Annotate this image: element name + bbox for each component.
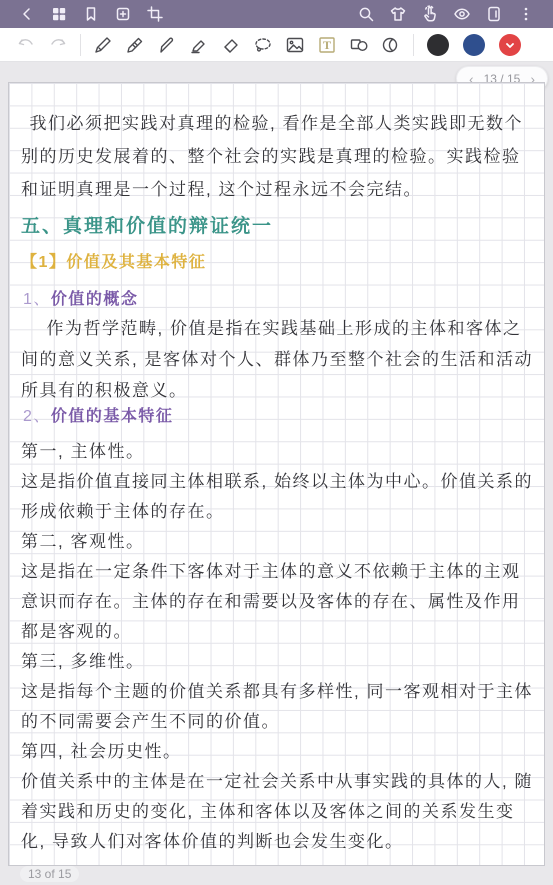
drawing-toolbar: T <box>0 28 553 62</box>
tap-hand-icon <box>421 5 439 23</box>
feature-body: 这是指价值直接同主体相联系, 始终以主体为中心。价值关系的形成依赖于主体的存在。 <box>21 467 538 527</box>
feature-heading: 第三, 多维性。 <box>21 647 538 677</box>
text-tool[interactable]: T <box>311 31 343 59</box>
redo-icon <box>47 34 69 56</box>
subsection-heading: 1、价值的概念 <box>23 286 138 309</box>
topbar-left-group <box>12 2 170 26</box>
lasso-icon <box>252 34 274 56</box>
text-icon: T <box>316 34 338 56</box>
feature-body: 价值关系中的主体是在一定社会关系中从事实践的具体的人, 随着实践和历史的变化, … <box>21 767 538 857</box>
section-heading-green: 五、真理和价值的辩证统一 <box>21 211 273 238</box>
feature-list: 第一, 主体性。 这是指价值直接同主体相联系, 始终以主体为中心。价值关系的形成… <box>21 437 538 857</box>
section-heading-gold: 【1】价值及其基本特征 <box>21 249 206 272</box>
chevron-down-icon <box>504 39 516 51</box>
tape-icon <box>380 34 402 56</box>
feature-body: 这是指在一定条件下客体对于主体的意义不依赖于主体的主观意识而存在。主体的存在和需… <box>21 557 538 647</box>
view-mode-button[interactable] <box>447 2 477 26</box>
note-paragraph: 我们必须把实践对真理的检验, 看作是全部人类实践即无数个别的历史发展着的、整个社… <box>21 107 536 206</box>
crop-icon <box>146 5 164 23</box>
subsection-number: 1、 <box>23 291 51 308</box>
shapes-icon <box>348 34 370 56</box>
template-button[interactable] <box>383 2 413 26</box>
top-navigation-bar <box>0 0 553 28</box>
note-canvas[interactable]: 我们必须把实践对真理的检验, 看作是全部人类实践即无数个别的历史发展着的、整个社… <box>8 82 545 866</box>
undo-button[interactable] <box>10 31 42 59</box>
image-icon <box>284 34 306 56</box>
tape-tool[interactable] <box>375 31 407 59</box>
feature-heading: 第四, 社会历史性。 <box>21 737 538 767</box>
gesture-button[interactable] <box>415 2 445 26</box>
fountain-pen-icon <box>92 34 114 56</box>
subsection-heading: 2、价值的基本特征 <box>23 403 173 426</box>
feature-heading: 第一, 主体性。 <box>21 437 538 467</box>
subsection-title: 价值的概念 <box>51 291 139 308</box>
note-paragraph: 作为哲学范畴, 价值是指在实践基础上形成的主体和客体之间的意义关系, 是客体对个… <box>21 313 536 406</box>
search-button[interactable] <box>351 2 381 26</box>
highlighter-icon <box>188 34 210 56</box>
add-page-icon <box>114 5 132 23</box>
subsection-number: 2、 <box>23 408 51 425</box>
more-menu-button[interactable] <box>511 2 541 26</box>
shapes-tool[interactable] <box>343 31 375 59</box>
undo-icon <box>15 34 37 56</box>
toolbar-divider <box>80 34 81 56</box>
svg-text:T: T <box>323 38 331 52</box>
crop-button[interactable] <box>140 2 170 26</box>
toolbar-divider <box>413 34 414 56</box>
subsection-title: 价值的基本特征 <box>51 408 174 425</box>
highlighter-tool[interactable] <box>183 31 215 59</box>
chevron-left-icon <box>18 5 36 23</box>
topbar-right-group <box>351 2 541 26</box>
back-button[interactable] <box>12 2 42 26</box>
redo-button[interactable] <box>42 31 74 59</box>
tablet-mode-button[interactable] <box>479 2 509 26</box>
eraser-icon <box>220 34 242 56</box>
ballpoint-pen-icon <box>156 34 178 56</box>
tshirt-icon <box>389 5 407 23</box>
tablet-note-icon <box>485 5 503 23</box>
add-page-button[interactable] <box>108 2 138 26</box>
page-count-label: 13 of 15 <box>20 866 79 882</box>
grid-icon <box>50 5 68 23</box>
feature-heading: 第二, 客观性。 <box>21 527 538 557</box>
bookmark-icon <box>82 5 100 23</box>
color-swatch-blue[interactable] <box>463 34 485 56</box>
lasso-tool[interactable] <box>247 31 279 59</box>
fountain-pen-tool[interactable] <box>87 31 119 59</box>
bookmark-button[interactable] <box>76 2 106 26</box>
feature-body: 这是指每个主题的价值关系都具有多样性, 同一客观相对于主体的不同需要会产生不同的… <box>21 677 538 737</box>
search-icon <box>357 5 375 23</box>
ballpoint-pen-tool[interactable] <box>151 31 183 59</box>
pages-overview-button[interactable] <box>44 2 74 26</box>
pencil-icon <box>124 34 146 56</box>
image-tool[interactable] <box>279 31 311 59</box>
eye-icon <box>453 5 471 23</box>
color-swatch-black[interactable] <box>427 34 449 56</box>
eraser-tool[interactable] <box>215 31 247 59</box>
more-vertical-icon <box>517 5 535 23</box>
pencil-tool[interactable] <box>119 31 151 59</box>
color-swatch-red-selected[interactable] <box>499 34 521 56</box>
